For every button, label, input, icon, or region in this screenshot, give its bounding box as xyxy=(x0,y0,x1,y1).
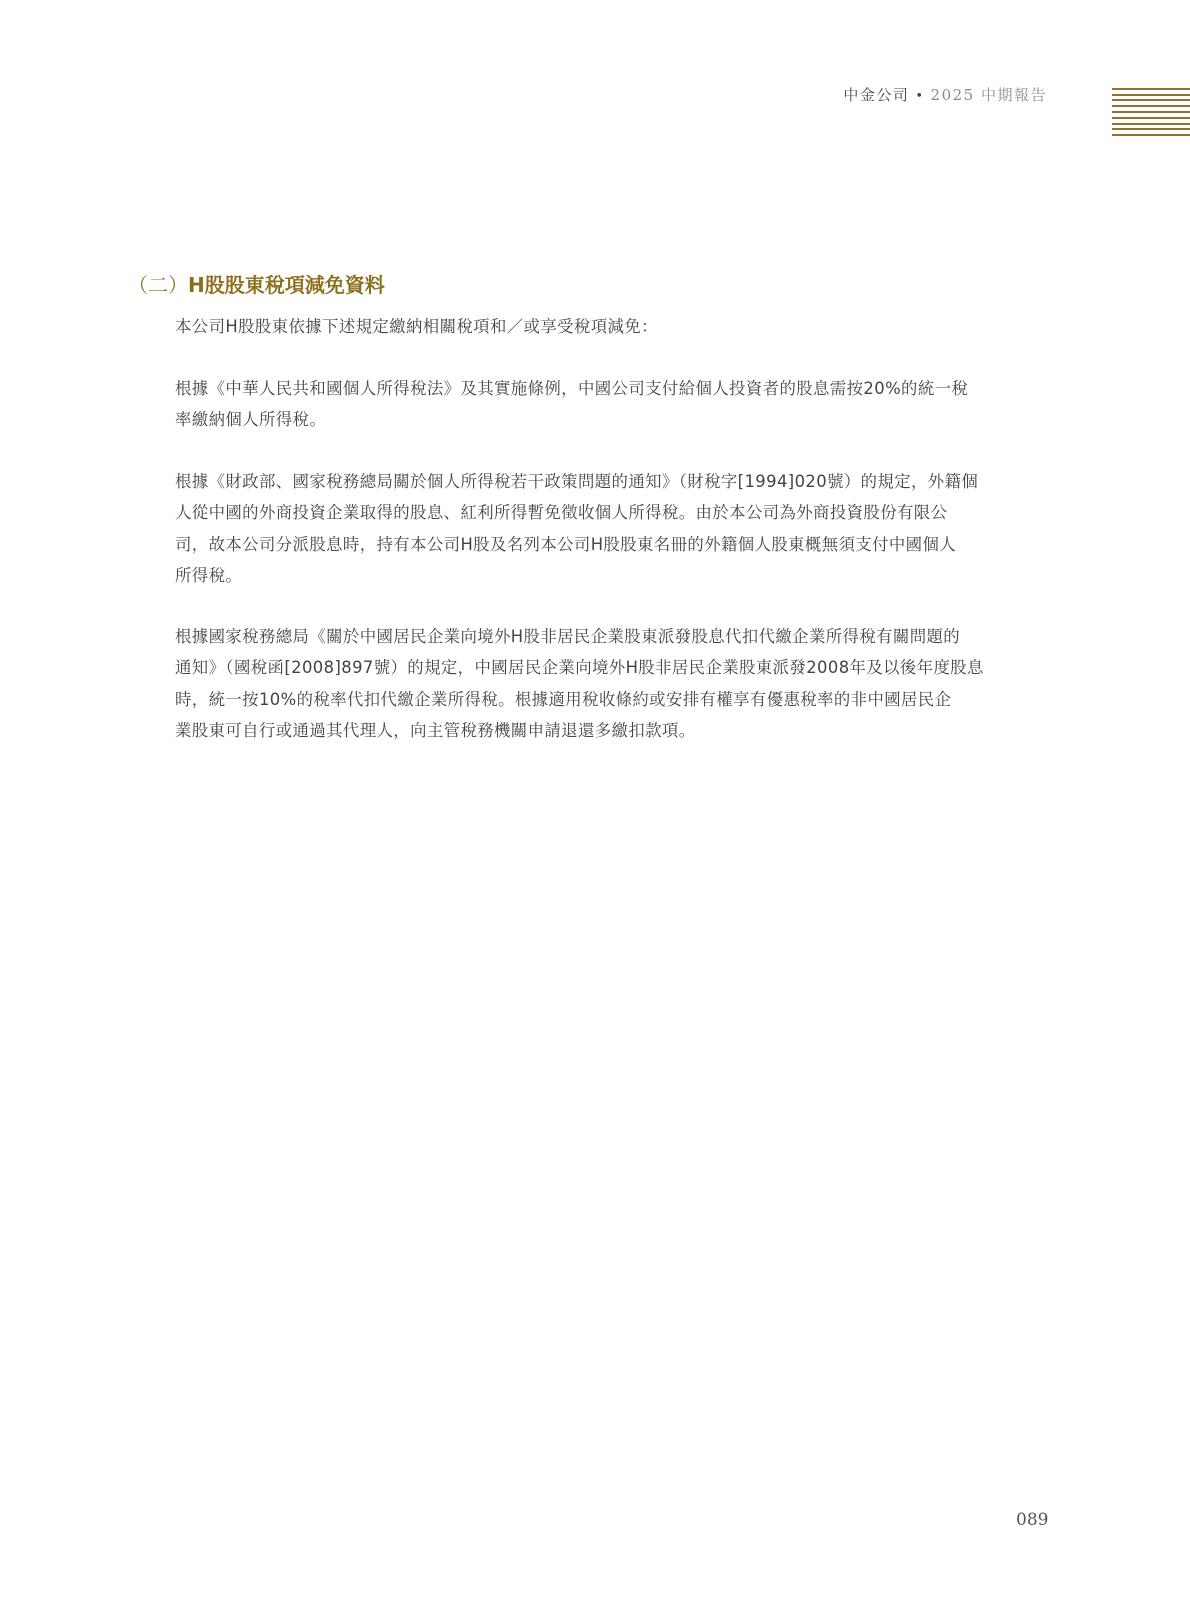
rule-line xyxy=(1112,111,1190,113)
text-line: 人從中國的外商投資企業取得的股息、紅利所得暫免徵收個人所得稅。由於本公司為外商投… xyxy=(175,497,1051,528)
text-line: 本公司H股股東依據下述規定繳納相關稅項和／或享受稅項減免： xyxy=(175,311,1051,342)
rule-line xyxy=(1112,117,1190,119)
section-heading: （二）H股股東稅項減免資料 xyxy=(128,272,385,298)
text-line: 業股東可自行或通過其代理人，向主管稅務機關申請退還多繳扣款項。 xyxy=(175,715,1051,746)
rule-line xyxy=(1112,134,1190,136)
report-title: 2025 中期報告 xyxy=(931,86,1047,104)
paragraph-foreign-individual-exemption: 根據《財政部、國家稅務總局關於個人所得稅若干政策問題的通知》（財稅字[1994]… xyxy=(175,466,1051,591)
rule-line xyxy=(1112,123,1190,125)
text-line: 時，統一按10%的稅率代扣代繳企業所得稅。根據適用稅收條約或安排有權享有優惠稅率… xyxy=(175,684,1051,715)
section-number: （二） xyxy=(128,273,188,297)
text-line: 根據《財政部、國家稅務總局關於個人所得稅若干政策問題的通知》（財稅字[1994]… xyxy=(175,466,1051,497)
running-header: 中金公司•2025 中期報告 xyxy=(843,84,1047,108)
paragraph-individual-income-tax: 根據《中華人民共和國個人所得稅法》及其實施條例，中國公司支付給個人投資者的股息需… xyxy=(175,373,1051,436)
text-line: 通知》（國稅函[2008]897號）的規定，中國居民企業向境外H股非居民企業股東… xyxy=(175,652,1051,683)
section-title: H股股東稅項減免資料 xyxy=(188,273,385,297)
rule-line xyxy=(1112,105,1190,107)
rule-line xyxy=(1112,128,1190,130)
text-line: 根據《中華人民共和國個人所得稅法》及其實施條例，中國公司支付給個人投資者的股息需… xyxy=(175,373,1051,404)
rule-line xyxy=(1112,88,1190,90)
intro-paragraph: 本公司H股股東依據下述規定繳納相關稅項和／或享受稅項減免： xyxy=(175,311,1051,342)
paragraph-enterprise-income-tax: 根據國家稅務總局《關於中國居民企業向境外H股非居民企業股東派發股息代扣代繳企業所… xyxy=(175,621,1051,746)
text-line: 根據國家稅務總局《關於中國居民企業向境外H股非居民企業股東派發股息代扣代繳企業所… xyxy=(175,621,1051,652)
page-number: 089 xyxy=(1016,1510,1048,1530)
text-line: 所得稅。 xyxy=(175,560,1051,591)
rule-line xyxy=(1112,94,1190,96)
company-name: 中金公司 xyxy=(843,86,909,104)
text-line: 率繳納個人所得稅。 xyxy=(175,404,1051,435)
rule-line xyxy=(1112,99,1190,101)
bullet-separator: • xyxy=(915,89,924,104)
text-line: 司，故本公司分派股息時，持有本公司H股及名列本公司H股股東名冊的外籍個人股東概無… xyxy=(175,529,1051,560)
decorative-header-rules xyxy=(1112,88,1190,136)
